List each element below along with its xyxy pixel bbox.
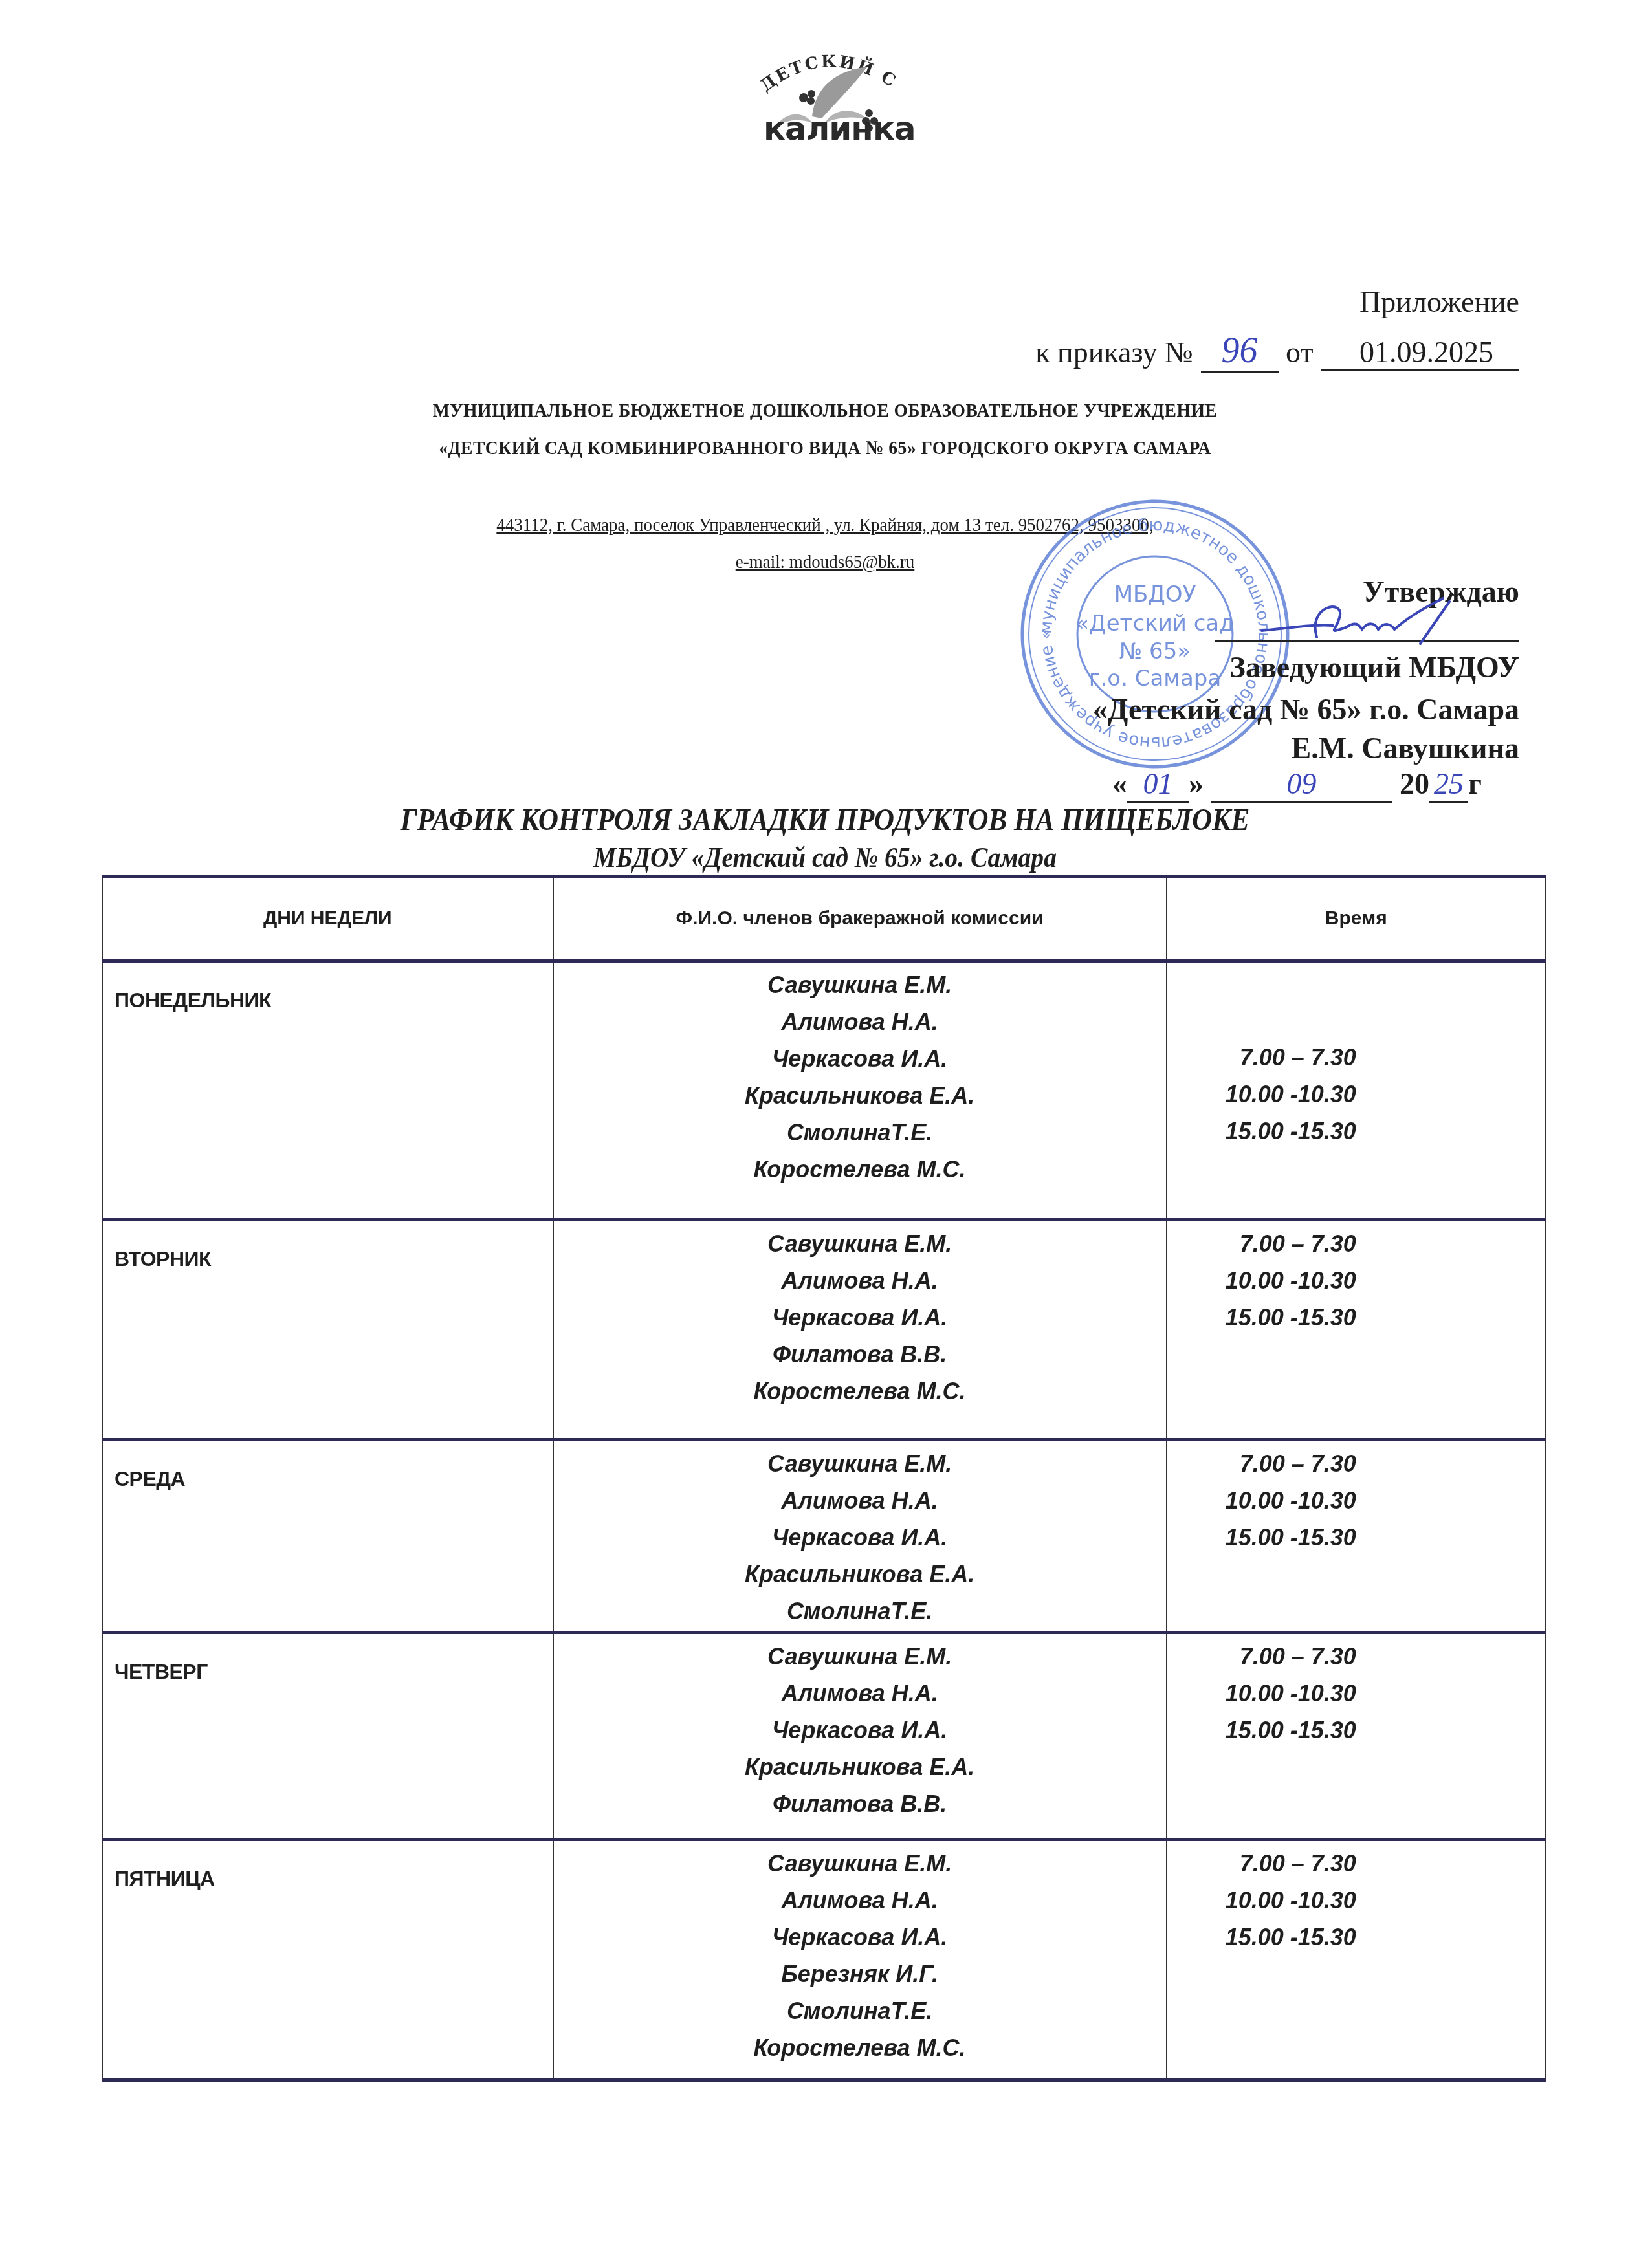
organization-name-line1: МУНИЦИПАЛЬНОЕ БЮДЖЕТНОЕ ДОШКОЛЬНОЕ ОБРАЗ… xyxy=(66,400,1584,422)
member-name: Алимова Н.А. xyxy=(554,1882,1166,1919)
organization-email[interactable]: e-mail: mdouds65@bk.ru xyxy=(58,552,1592,573)
member-name: Савушкина Е.М. xyxy=(554,1225,1166,1262)
round-seal-icon: муниципальное бюджетное дошкольное образ… xyxy=(1013,492,1297,776)
weekday-cell: ВТОРНИК xyxy=(102,1220,553,1440)
weekday-cell: ЧЕТВЕРГ xyxy=(102,1633,553,1840)
member-name: Черкасова И.А. xyxy=(554,1040,1166,1077)
member-name: Алимова Н.А. xyxy=(554,1003,1166,1040)
table-row: СРЕДАСавушкина Е.М.Алимова Н.А.Черкасова… xyxy=(102,1440,1546,1633)
time-slot: 10.00 -10.30 xyxy=(1226,1482,1545,1519)
time-slot: 7.00 – 7.30 xyxy=(1226,1039,1545,1076)
member-name: Красильникова Е.А. xyxy=(554,1749,1166,1785)
svg-text:МБДОУ: МБДОУ xyxy=(1114,582,1196,607)
member-name: Савушкина Е.М. xyxy=(554,966,1166,1003)
time-slot: 10.00 -10.30 xyxy=(1226,1262,1545,1299)
member-name: Черкасова И.А. xyxy=(554,1519,1166,1556)
time-slots-cell: 7.00 – 7.3010.00 -10.3015.00 -15.30 xyxy=(1167,1220,1546,1440)
member-name: СмолинаТ.Е. xyxy=(554,1114,1166,1151)
member-name: Савушкина Е.М. xyxy=(554,1638,1166,1675)
time-slot: 10.00 -10.30 xyxy=(1226,1076,1545,1113)
time-slot: 15.00 -15.30 xyxy=(1226,1919,1545,1956)
organization-name-line2: «ДЕТСКИЙ САД КОМБИНИРОВАННОГО ВИДА № 65»… xyxy=(66,437,1584,459)
logo-brand-name: калинка xyxy=(764,110,893,147)
time-slot: 15.00 -15.30 xyxy=(1226,1712,1545,1749)
time-slot: 7.00 – 7.30 xyxy=(1226,1225,1545,1262)
order-number-field: 96 xyxy=(1201,330,1279,373)
time-slot: 7.00 – 7.30 xyxy=(1226,1638,1545,1675)
table-row: ПОНЕДЕЛЬНИКСавушкина Е.М.Алимова Н.А.Чер… xyxy=(102,961,1546,1220)
column-header-members: Ф.И.О. членов бракеражной комиссии xyxy=(553,877,1167,961)
time-slot: 15.00 -15.30 xyxy=(1226,1519,1545,1556)
time-slots-cell: 7.00 – 7.3010.00 -10.3015.00 -15.30 xyxy=(1167,961,1546,1220)
member-name: Филатова В.В. xyxy=(554,1785,1166,1822)
member-name: Красильникова Е.А. xyxy=(554,1077,1166,1114)
organization-address: 443112, г. Самара, поселок Управленчески… xyxy=(58,515,1592,536)
member-name: Савушкина Е.М. xyxy=(554,1445,1166,1482)
time-slot: 7.00 – 7.30 xyxy=(1226,1445,1545,1482)
weekday-cell: ПЯТНИЦА xyxy=(102,1840,553,2080)
table-row: ВТОРНИКСавушкина Е.М.Алимова Н.А.Черкасо… xyxy=(102,1220,1546,1440)
weekday-cell: СРЕДА xyxy=(102,1440,553,1633)
member-name: Черкасова И.А. xyxy=(554,1712,1166,1749)
member-name: СмолинаТ.Е. xyxy=(554,1992,1166,2029)
weekday-cell: ПОНЕДЕЛЬНИК xyxy=(102,961,553,1220)
member-name: Березняк И.Г. xyxy=(554,1956,1166,1992)
order-reference: к приказу № 96 от 01.09.2025 xyxy=(1035,330,1519,373)
approval-date: «01» 09 2025г xyxy=(1112,767,1482,803)
member-name: Алимова Н.А. xyxy=(554,1482,1166,1519)
official-stamp: муниципальное бюджетное дошкольное образ… xyxy=(1013,492,1297,776)
table-row: ПЯТНИЦАСавушкина Е.М.Алимова Н.А.Черкасо… xyxy=(102,1840,1546,2080)
column-header-day: ДНИ НЕДЕЛИ xyxy=(102,877,553,961)
time-slots-cell: 7.00 – 7.3010.00 -10.3015.00 -15.30 xyxy=(1167,1633,1546,1840)
time-slot: 15.00 -15.30 xyxy=(1226,1113,1545,1150)
commission-members-cell: Савушкина Е.М.Алимова Н.А.Черкасова И.А.… xyxy=(553,1220,1167,1440)
appendix-label: Приложение xyxy=(1359,285,1519,319)
commission-members-cell: Савушкина Е.М.Алимова Н.А.Черкасова И.А.… xyxy=(553,1440,1167,1633)
inspection-schedule-table: ДНИ НЕДЕЛИ Ф.И.О. членов бракеражной ком… xyxy=(102,875,1546,2082)
member-name: Алимова Н.А. xyxy=(554,1675,1166,1712)
time-slot: 10.00 -10.30 xyxy=(1226,1882,1545,1919)
table-header-row: ДНИ НЕДЕЛИ Ф.И.О. членов бракеражной ком… xyxy=(102,877,1546,961)
commission-members-cell: Савушкина Е.М.Алимова Н.А.Черкасова И.А.… xyxy=(553,961,1167,1220)
time-slot: 7.00 – 7.30 xyxy=(1226,1845,1545,1882)
time-slot: 10.00 -10.30 xyxy=(1226,1675,1545,1712)
approver-name: Е.М. Савушкина xyxy=(1292,731,1519,765)
time-slots-cell: 7.00 – 7.3010.00 -10.3015.00 -15.30 xyxy=(1167,1440,1546,1633)
member-name: Алимова Н.А. xyxy=(554,1262,1166,1299)
member-name: СмолинаТ.Е. xyxy=(554,1593,1166,1630)
time-slots-cell: 7.00 – 7.3010.00 -10.3015.00 -15.30 xyxy=(1167,1840,1546,2080)
schedule-subtitle: МБДОУ «Детский сад № 65» г.о. Самара xyxy=(83,841,1568,874)
schedule-title: ГРАФИК КОНТРОЛЯ ЗАКЛАДКИ ПРОДУКТОВ НА ПИ… xyxy=(83,802,1568,838)
kindergarten-logo: ДЕТСКИЙ САД 65 калинка xyxy=(751,36,906,152)
order-date: 01.09.2025 xyxy=(1321,336,1519,371)
member-name: Черкасова И.А. xyxy=(554,1919,1166,1956)
member-name: Красильникова Е.А. xyxy=(554,1556,1166,1593)
commission-members-cell: Савушкина Е.М.Алимова Н.А.Черкасова И.А.… xyxy=(553,1633,1167,1840)
approver-position: Заведующий МБДОУ xyxy=(1230,650,1519,684)
member-name: Коростелева М.С. xyxy=(554,1151,1166,1188)
time-slot: 15.00 -15.30 xyxy=(1226,1299,1545,1336)
svg-text:№ 65»: № 65» xyxy=(1119,638,1191,664)
handwritten-signature-icon xyxy=(1255,592,1462,650)
member-name: Филатова В.В. xyxy=(554,1336,1166,1373)
table-row: ЧЕТВЕРГСавушкина Е.М.Алимова Н.А.Черкасо… xyxy=(102,1633,1546,1840)
member-name: Коростелева М.С. xyxy=(554,1373,1166,1410)
member-name: Коростелева М.С. xyxy=(554,2029,1166,2066)
svg-text:«Детский сад: «Детский сад xyxy=(1075,611,1234,637)
approver-organization: «Детский сад № 65» г.о. Самара xyxy=(1093,692,1519,726)
column-header-time: Время xyxy=(1167,877,1546,961)
member-name: Черкасова И.А. xyxy=(554,1299,1166,1336)
svg-text:г.о. Самара: г.о. Самара xyxy=(1089,666,1222,692)
commission-members-cell: Савушкина Е.М.Алимова Н.А.Черкасова И.А.… xyxy=(553,1840,1167,2080)
member-name: Савушкина Е.М. xyxy=(554,1845,1166,1882)
order-date-prefix: от xyxy=(1286,336,1314,369)
order-prefix: к приказу № xyxy=(1035,336,1193,369)
